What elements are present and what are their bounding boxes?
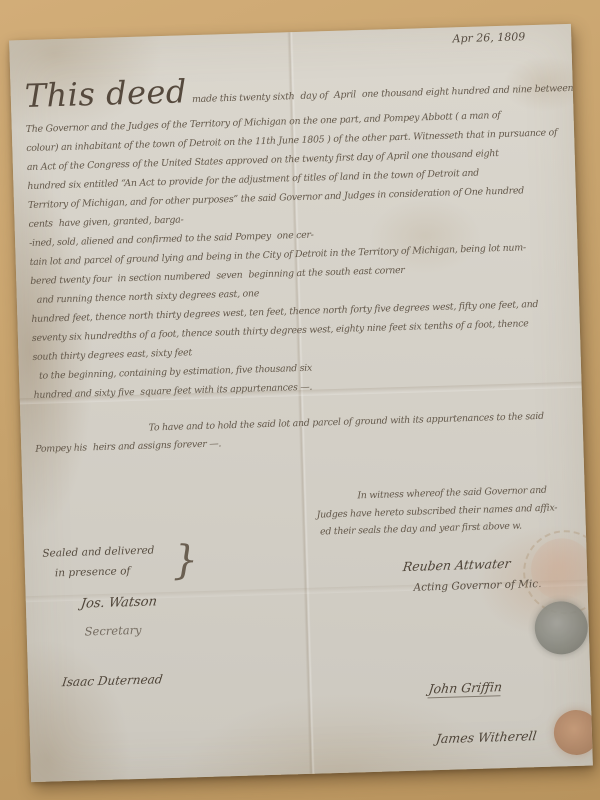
attestation-line: Sealed and delivered	[42, 544, 154, 559]
signature-john-griffin: John Griffin	[427, 679, 503, 698]
deed-margin-note: Pompey his	[35, 442, 87, 455]
deed-text: cents	[28, 218, 52, 230]
judge-signature: John Griffin	[428, 679, 502, 698]
governor-signature: Reuben Attwater	[403, 556, 511, 574]
embossed-paper-seal	[530, 537, 593, 601]
witness-signature-2: Isaac Duternead	[62, 672, 163, 689]
wax-seal-gray	[534, 601, 589, 656]
deed-text: In witness whereof the said Governor and	[357, 485, 547, 502]
deed-text: have given, granted, barga-	[59, 214, 184, 229]
deed-text: day of	[300, 90, 328, 102]
witness-signature: Jos. Watson	[81, 594, 157, 611]
document-paper: Apr 26, 1809 This deed made this twenty …	[9, 24, 593, 782]
deed-text: heirs and assigns forever —.	[93, 438, 222, 453]
deed-text: in section numbered	[117, 271, 210, 285]
deed-heading: This deed	[24, 75, 187, 112]
signature-reuben-attwater: Reuben Attwater	[402, 556, 512, 574]
wax-seal-red	[553, 709, 593, 755]
photo-backdrop: Apr 26, 1809 This deed made this twenty …	[0, 0, 600, 800]
signature-james-witherell: James Witherell	[435, 728, 537, 746]
judge-signature-2: James Witherell	[436, 728, 537, 746]
attestation-line: in presence of	[55, 565, 131, 579]
date-annotation: Apr 26, 1809	[452, 30, 525, 45]
deed-text: made this twenty sixth	[192, 91, 295, 105]
governor-title: Acting Governor of Mic.	[413, 578, 541, 594]
deed-text: bered twenty four	[30, 274, 112, 287]
deed-text: hundred and sixty five	[33, 387, 134, 401]
deed-text: April	[334, 89, 356, 101]
deed-text: one cer-	[277, 230, 314, 242]
signature-isaac-duternead: Isaac Duternead	[61, 672, 163, 689]
signature-jos-watson: Jos. Watson	[80, 594, 158, 611]
deed-text: one thousand eight hundred and nine betw…	[362, 83, 574, 100]
witness-title: Secretary	[84, 623, 141, 639]
brace-icon: }	[172, 537, 199, 584]
deed-text: seven	[216, 270, 242, 282]
